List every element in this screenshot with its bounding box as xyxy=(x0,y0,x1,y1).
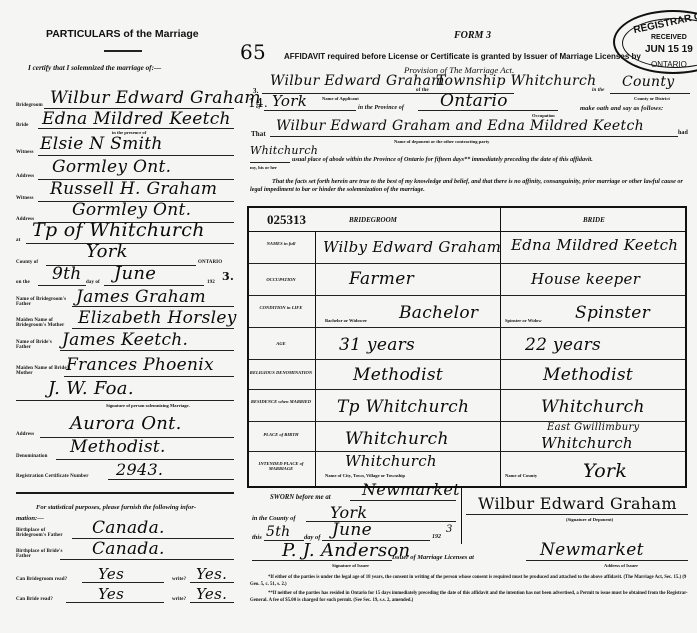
ontario-label: ONTARIO xyxy=(198,260,222,265)
issuer-caption: Signature of Issuer xyxy=(332,563,369,568)
bride-residence: Whitchurch xyxy=(541,397,645,417)
bride-age: 22 years xyxy=(525,335,601,355)
place-value: Tp of Whitchurch xyxy=(32,219,205,241)
county-caption: Name of County xyxy=(505,473,537,478)
bride-mother-value: Frances Phoenix xyxy=(66,355,214,375)
bride-condition: Spinster xyxy=(575,303,650,323)
address2-value: Gormley Ont. xyxy=(72,200,191,220)
month-value: June xyxy=(114,263,156,284)
particulars-table: 025313 BRIDEGROOM BRIDE NAMES in full Wi… xyxy=(247,206,687,488)
of-label: of xyxy=(256,105,260,110)
groom-write-value: Yes. xyxy=(196,565,227,583)
sworn-label: SWORN before me at xyxy=(270,494,331,501)
bachelor-caption: Bachelor or Widower xyxy=(325,318,367,323)
groom-occupation: Farmer xyxy=(349,269,414,289)
bride-value: Edna Mildred Keetch xyxy=(42,109,231,129)
solemnizer-address-value: Aurora Ont. xyxy=(70,413,182,434)
facts-text: That the facts set forth herein are true… xyxy=(250,178,690,194)
witness2-label: Witness xyxy=(16,196,34,201)
bride-write-label: write? xyxy=(172,597,186,602)
bride-father-value: James Keetch. xyxy=(62,330,188,350)
county-label: County of xyxy=(16,260,38,265)
issuer-text: Issuer of Marriage Licenses at xyxy=(392,554,474,561)
solemnizer-caption: Signature of person solemnizing Marriage… xyxy=(106,403,190,408)
year-prefix: 192 xyxy=(207,280,215,285)
that-value: Wilbur Edward Graham and Edna Mildred Ke… xyxy=(276,118,644,134)
table-row-names: NAMES in full Wilby Edward Graham Edna M… xyxy=(249,232,685,264)
groom-condition: Bachelor xyxy=(399,303,478,323)
bride-read-label: Can Bride read? xyxy=(16,597,53,602)
bride-name: Edna Mildred Keetch xyxy=(511,236,678,254)
bridegroom-label: Bridegroom xyxy=(16,103,43,108)
applicant-name: Wilbur Edward Graham xyxy=(270,73,445,89)
groom-father-birthplace-label: Birthplace of Bridegroom's Father xyxy=(16,528,76,538)
of-the-label: of the xyxy=(416,88,429,93)
province-value: Ontario xyxy=(440,91,508,111)
table-row-residence: RESIDENCE when MARRIED Tp Whitchurch Whi… xyxy=(249,390,685,422)
affidavit-line1: AFFIDAVIT required before License or Cer… xyxy=(284,52,641,61)
sworn-day: 5th xyxy=(266,524,290,540)
groom-residence: Tp Whitchurch xyxy=(337,397,469,417)
denomination-value: Methodist. xyxy=(70,437,166,457)
groom-intended-place: Whitchurch xyxy=(345,452,437,470)
bride-religion: Methodist xyxy=(543,365,633,385)
registrar-received-stamp: REGISTRAR G RECEIVED JUN 15 19 ONTARIO xyxy=(613,10,697,74)
abode-caption: my, his or her xyxy=(250,165,277,170)
table-row-intended-place: INTENDED PLACE of MARRIAGE Whitchurch Na… xyxy=(249,452,685,486)
denomination-label: Denomination xyxy=(16,454,47,459)
certify-text: I certify that I solemnized the marriage… xyxy=(28,64,161,72)
groom-age: 31 years xyxy=(339,335,415,355)
sworn-month: June xyxy=(332,520,372,540)
groom-name: Wilby Edward Graham xyxy=(323,238,501,256)
groom-read-label: Can Bridegroom read? xyxy=(16,577,67,582)
witness2-value: Russell H. Graham xyxy=(50,179,217,199)
applicant-county: County xyxy=(622,74,675,90)
groom-religion: Methodist xyxy=(353,365,443,385)
province-label: in the Province of xyxy=(358,105,404,111)
at-label: at xyxy=(16,238,20,243)
bride-write-value: Yes. xyxy=(196,585,227,603)
that-caption: Name of deponent or the other contractin… xyxy=(394,139,489,144)
issuer-address-caption: Address of Issuer xyxy=(604,563,638,568)
day-value: 9th xyxy=(52,264,82,284)
section-divider xyxy=(16,492,234,494)
applicant-prefix: 3. xyxy=(253,87,258,95)
sworn-place: Newmarket xyxy=(362,480,460,499)
stamp-date: JUN 15 19 xyxy=(645,44,693,55)
bridegroom-column-header: BRIDEGROOM xyxy=(349,216,397,224)
bride-mother-label: Maiden Name of Bride's Mother xyxy=(16,366,71,376)
serial-number: 025313 xyxy=(267,212,306,228)
city-town-caption: Name of City, Town, Village or Township xyxy=(325,473,405,478)
address1-value: Gormley Ont. xyxy=(52,157,171,177)
statistical-intro-line2: mation:— xyxy=(16,515,44,522)
solemnizer-signature: J. W. Foa. xyxy=(48,378,134,399)
address1-label: Address xyxy=(16,174,34,179)
statistical-intro-line1: For statistical purposes, please furnish… xyxy=(36,504,196,511)
footnote-2: **If neither of the parties has resided … xyxy=(250,590,692,604)
table-row-occupation: OCCUPATION Farmer House keeper xyxy=(249,264,685,296)
in-the-label: in the xyxy=(592,88,604,93)
sworn-year-prefix: 192 xyxy=(432,534,441,540)
footnote-1: *If either of the parties is under the l… xyxy=(250,574,692,588)
deponent-signature: Wilbur Edward Graham xyxy=(478,494,677,513)
bride-father-label: Name of Bride's Father xyxy=(16,340,66,350)
groom-read-value: Yes xyxy=(98,565,124,583)
groom-mother-value: Elizabeth Horsley xyxy=(78,308,237,328)
bride-read-value: Yes xyxy=(98,585,124,603)
county-district-caption: County or District xyxy=(634,96,670,101)
had-label: had xyxy=(678,130,688,136)
registration-label: Registration Certificate Number xyxy=(16,474,89,479)
applicant-name-caption: Name of Applicant xyxy=(322,96,359,101)
bride-label: Bride xyxy=(16,123,28,128)
bride-father-birthplace-value: Canada. xyxy=(92,539,165,559)
marriage-document: PARTICULARS of the Marriage I certify th… xyxy=(0,0,697,633)
witness1-label: Witness xyxy=(16,150,34,155)
stamp-middle: RECEIVED xyxy=(651,34,687,41)
groom-birthplace: Whitchurch xyxy=(345,429,449,449)
bride-birthplace-line1: East Gwillimbury xyxy=(547,422,640,433)
bride-column-header: BRIDE xyxy=(583,216,605,224)
table-row-condition: CONDITION in LIFE Bachelor or Widower Ba… xyxy=(249,296,685,328)
spinster-caption: Spinster or Widow xyxy=(505,318,542,323)
table-row-religion: RELIGIOUS DENOMINATION Methodist Methodi… xyxy=(249,360,685,390)
groom-mother-label: Maiden Name of Bridegroom's Mother xyxy=(16,318,76,328)
groom-father-label: Name of Bridegroom's Father xyxy=(16,297,71,307)
table-header: 025313 BRIDEGROOM BRIDE xyxy=(249,208,685,232)
table-row-age: AGE 31 years 22 years xyxy=(249,328,685,360)
applicant-of-value: York xyxy=(272,92,307,110)
margin-number: 65 xyxy=(240,40,266,64)
on-the-label: on the xyxy=(16,280,30,285)
this-label: this xyxy=(252,534,262,541)
bride-occupation: House keeper xyxy=(531,270,640,288)
table-row-birthplace: PLACE of BIRTH Whitchurch East Gwillimbu… xyxy=(249,422,685,452)
day-of-label: day of xyxy=(86,280,100,285)
registration-value: 2943. xyxy=(116,460,163,479)
that-label: That xyxy=(251,130,266,138)
heading-underline xyxy=(104,50,142,52)
oath-text: make oath and say as follows: xyxy=(580,105,663,112)
groom-write-label: write? xyxy=(172,577,186,582)
witness1-value: Elsie N Smith xyxy=(40,134,163,154)
county-of-label: in the County of xyxy=(252,515,296,522)
stamp-bottom: ONTARIO xyxy=(651,60,687,69)
bride-intended-county: York xyxy=(583,460,627,482)
sworn-year-suffix: 3 xyxy=(446,524,453,535)
groom-father-value: James Graham xyxy=(76,287,206,307)
bridegroom-value: Wilbur Edward Graham xyxy=(50,88,261,108)
year-suffix: 3. xyxy=(222,270,234,283)
solemnizer-address-label: Address xyxy=(16,432,34,437)
particulars-heading: PARTICULARS of the Marriage xyxy=(46,28,199,40)
groom-father-birthplace-value: Canada. xyxy=(92,518,165,538)
abode-text: usual place of abode within the Province… xyxy=(292,156,593,163)
form-label: FORM 3 xyxy=(454,30,491,41)
applicant-township: Township Whitchurch xyxy=(436,73,596,89)
deponent-caption: (Signature of Deponent) xyxy=(566,517,613,522)
issuer-address: Newmarket xyxy=(540,540,644,560)
bride-birthplace: Whitchurch xyxy=(541,434,633,452)
sworn-brace xyxy=(458,488,462,544)
county-value: York xyxy=(86,241,128,262)
bride-father-birthplace-label: Birthplace of Bride's Father xyxy=(16,549,66,559)
